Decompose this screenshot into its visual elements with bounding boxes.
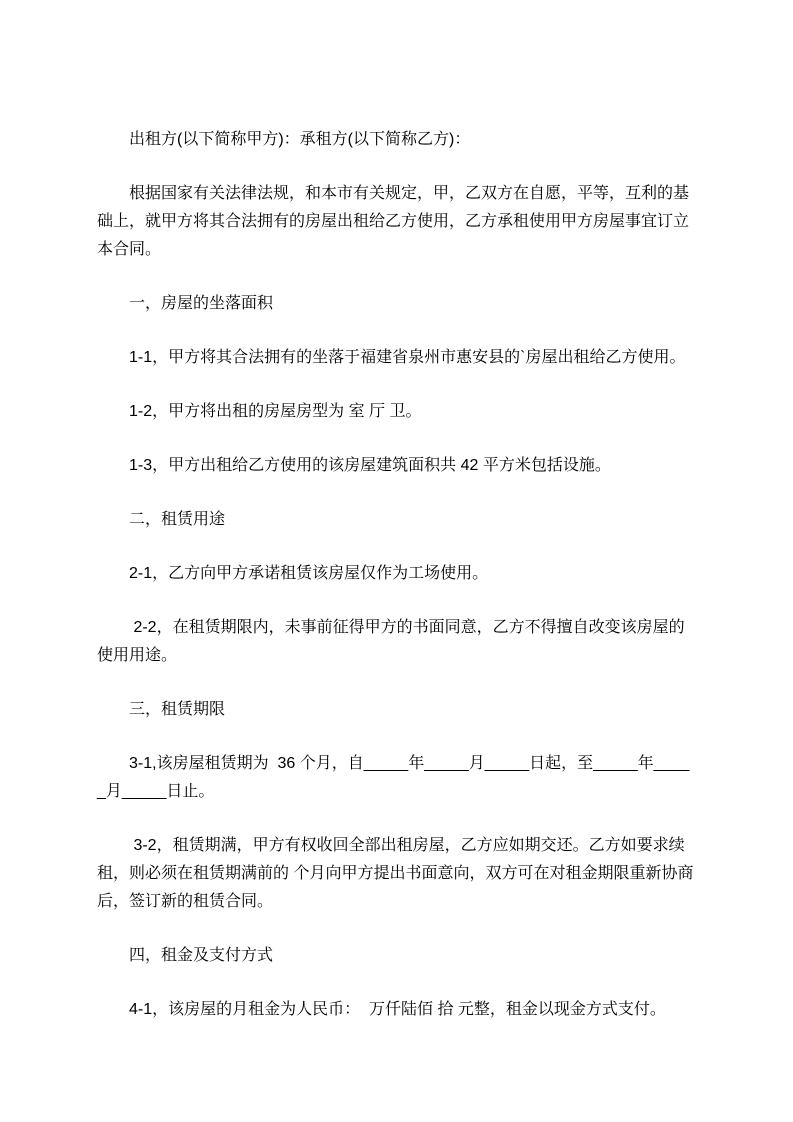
section-1-heading: 一，房屋的坐落面积 xyxy=(97,290,696,318)
contract-parties-line: 出租方(以下简称甲方)：承租方(以下简称乙方)： xyxy=(97,126,696,154)
clause-1-2: 1-2，甲方将出租的房屋房型为 室 厅 卫。 xyxy=(97,398,696,426)
section-3-heading: 三，租赁期限 xyxy=(97,696,696,724)
contract-document-page: 出租方(以下简称甲方)：承租方(以下简称乙方)： 根据国家有关法律法规，和本市有… xyxy=(0,0,793,1122)
clause-1-1: 1-1，甲方将其合法拥有的坐落于福建省泉州市惠安县的`房屋出租给乙方使用。 xyxy=(97,344,696,372)
section-2-heading: 二，租赁用途 xyxy=(97,506,696,534)
contract-preamble: 根据国家有关法律法规，和本市有关规定，甲，乙双方在自愿，平等，互利的基础上，就甲… xyxy=(97,180,696,264)
clause-2-1: 2-1，乙方向甲方承诺租赁该房屋仅作为工场使用。 xyxy=(97,560,696,588)
clause-1-3: 1-3，甲方出租给乙方使用的该房屋建筑面积共 42 平方米包括设施。 xyxy=(97,452,696,480)
clause-3-1: 3-1,该房屋租赁期为 36 个月，自_____年_____月_____日起，至… xyxy=(97,750,696,806)
clause-2-2: 2-2，在租赁期限内，未事前征得甲方的书面同意，乙方不得擅自改变该房屋的使用用途… xyxy=(97,614,696,670)
clause-3-2: 3-2，租赁期满，甲方有权收回全部出租房屋，乙方应如期交还。乙方如要求续租，则必… xyxy=(97,832,696,916)
section-4-heading: 四，租金及支付方式 xyxy=(97,942,696,970)
clause-4-1: 4-1，该房屋的月租金为人民币： 万仟陆佰 拾 元整，租金以现金方式支付。 xyxy=(97,996,696,1024)
